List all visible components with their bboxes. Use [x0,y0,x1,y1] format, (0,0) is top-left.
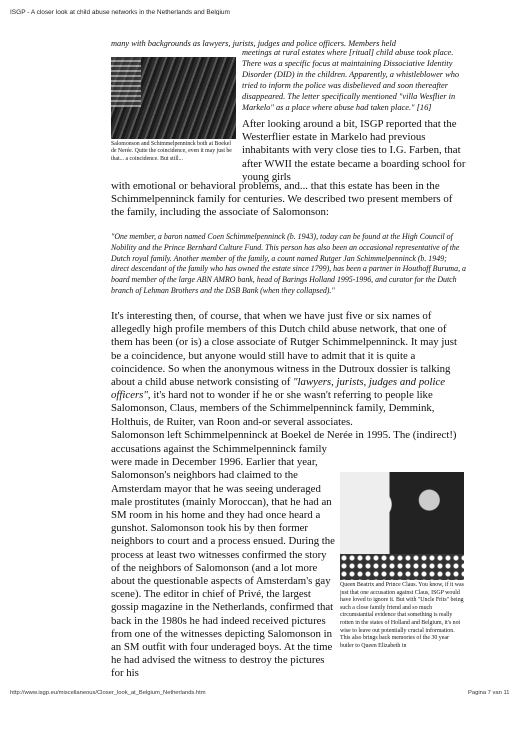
page-number: Pagina 7 van 11 [468,690,509,696]
building-photo [111,57,236,139]
figure-beatrix-claus: Queen Beatrix and Prince Claus. You know… [340,472,464,650]
westerflier-paragraph: After looking around a bit, ISGP reporte… [242,118,467,184]
figure-caption: Queen Beatrix and Prince Claus. You know… [340,582,464,650]
text: , it's hard not to wonder if he or she w… [111,389,434,427]
paragraph-coincidence: It's interesting then, of course, that w… [111,310,466,429]
figure-caption: Salomonson and Schimmelpenninck both at … [111,141,236,163]
footer-url: http://www.isgp.eu/miscellaneous/Closer_… [10,690,206,696]
page-header-title: ISGP - A closer look at child abuse netw… [10,9,230,15]
wedding-photo [340,472,464,580]
schimmelpenninck-quote: "One member, a baron named Coen Schimmel… [111,232,466,297]
figure-boekel-de-neree: Salomonson and Schimmelpenninck both at … [111,57,236,163]
paragraph-continuation: with emotional or behavioral problems, a… [111,180,466,220]
quoted-letter-text: meetings at rural estates where [ritual]… [242,47,467,113]
paragraph-salomonson-first: Salomonson left Schimmelpenninck at Boek… [111,429,466,442]
paragraph-salomonson-rest: accusations against the Schimmelpenninck… [111,443,336,681]
